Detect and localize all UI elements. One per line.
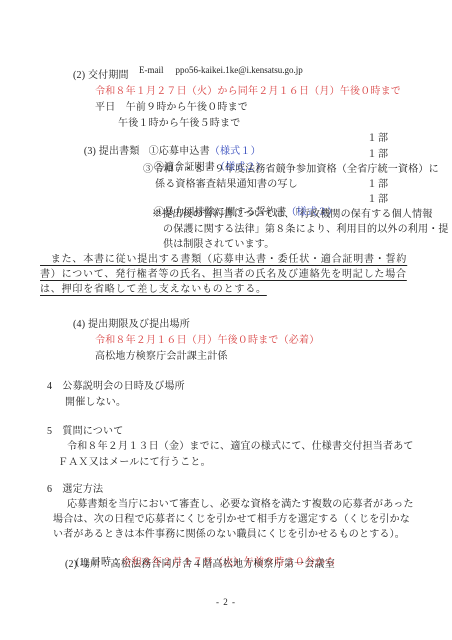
doc-item1-count: １部	[367, 132, 389, 145]
section4sub-place: 高松地方検察庁会計課主計係	[95, 350, 228, 363]
section2-hours-weekday: 平日 午前９時から午後０時まで	[95, 101, 248, 114]
section2-period: 令和８年１月２７日（火）から同年２月１６日（月）午後０時まで	[95, 85, 401, 98]
doc-item3-line1: ③令和７・８・９年度法務省競争参加資格（全省庁統一資格）に	[143, 163, 439, 176]
section5-body1: 令和８年２月１３日（金）までに、適宜の様式にて、仕様書交付担当者あて	[67, 440, 414, 453]
note-line2: の保護に関する法律」第８条により、利用目的以外の利用・提	[163, 223, 449, 236]
proviso-line2: 書）について、発行権者等の氏名、担当者の氏名及び連絡先を明記した場合	[40, 268, 407, 281]
section6-item2: (2) 場所：高松法務合同庁舎４階高松地方検察庁第一会議室	[65, 558, 335, 571]
doc-item2-count: １部	[367, 148, 389, 161]
doc-item3-count: １部	[367, 178, 389, 191]
section3-heading: (3) 提出書類	[84, 146, 140, 157]
note-line1: ※提出後の誓約書については、「行政機関の保有する個人情報	[152, 208, 432, 221]
section6-body1: 応募書類を当庁において審査し、必要な資格を満たす複数の応募者があった	[67, 498, 414, 511]
section6-heading: 6 選定方法	[47, 483, 103, 496]
email-label: E-mail	[139, 65, 164, 75]
section4sub-deadline: 令和８年２月１６日（月）午後０時まで（必着）	[95, 334, 319, 347]
section5-body2: ＦＡＸ又はメールにて行うこと。	[58, 456, 211, 469]
doc-item3-line2: 係る資格審査結果通知書の写し	[155, 178, 298, 191]
section2-hours-afternoon: 午後１時から午後５時まで	[118, 117, 240, 130]
doc-item4-count: １部	[367, 193, 389, 206]
proviso-line3: は、押印を省略して差し支えないものとする。	[40, 283, 267, 296]
email-address: ppo56-kaikei.1ke@i.kensatsu.go.jp	[176, 65, 303, 75]
section4-heading: 4 公募説明会の日時及び場所	[47, 380, 185, 393]
document-page: E-mailppo56-kaikei.1ke@i.kensatsu.go.jp …	[0, 0, 452, 640]
proviso-line1: また、本書に従い提出する書類（応募申込書・委任状・適合証明書・誓約	[40, 253, 407, 266]
note-line3: 供は制限されています。	[163, 238, 274, 251]
section6-body3: い者があるときは本件事務に関係のない職員にくじを引かせるものとする）。	[53, 528, 405, 541]
section2-heading: (2) 交付期間	[73, 69, 129, 82]
section5-heading: 5 質問について	[47, 425, 123, 438]
section4-body: 開催しない。	[65, 396, 126, 409]
section6-body2: 場合は、次の日程で応募者にくじを引かせて相手方を選定する（くじを引かな	[53, 513, 410, 526]
page-number: - 2 -	[0, 596, 452, 609]
section4sub-heading: (4) 提出期限及び提出場所	[73, 318, 190, 331]
